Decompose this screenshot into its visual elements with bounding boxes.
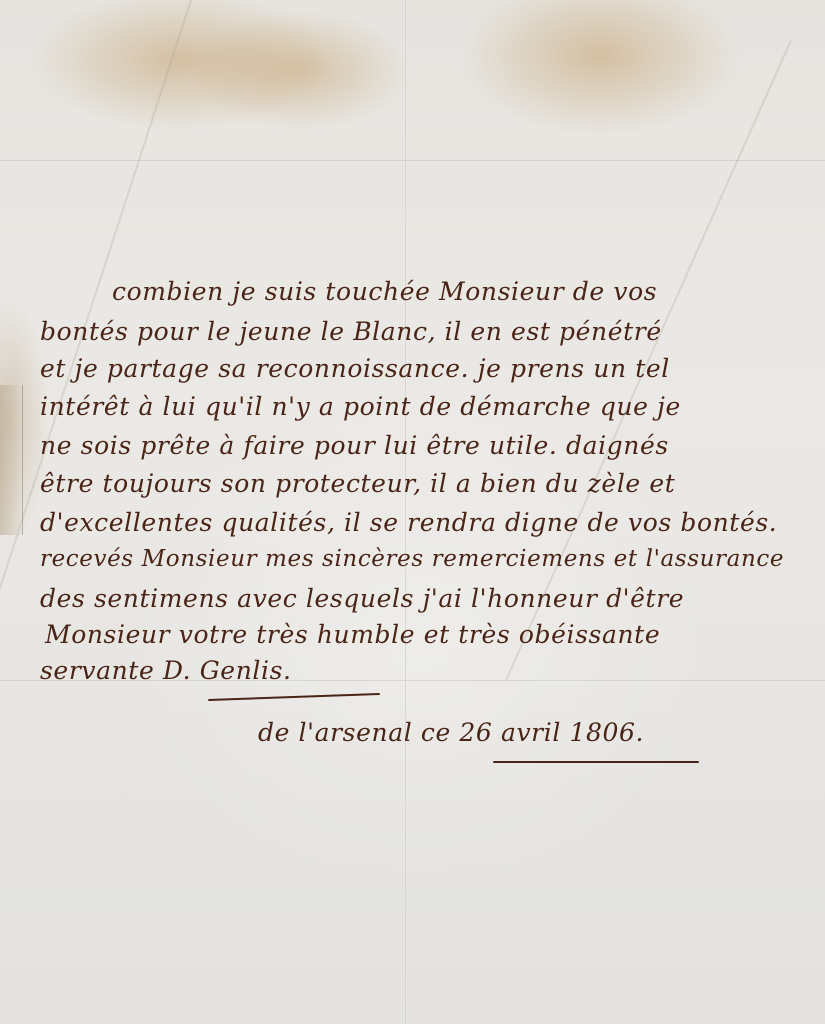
letter-line-11-signature: servante D. Genlis. [40, 656, 292, 685]
letter-line-6: être toujours son protecteur, il a bien … [40, 469, 675, 498]
dateline: de l'arsenal ce 26 avril 1806. [258, 718, 644, 747]
letter-line-2: bontés pour le jeune le Blanc, il en est… [40, 317, 662, 346]
letter-line-10: Monsieur votre très humble et très obéis… [45, 620, 660, 649]
letter-line-9: des sentimens avec lesquels j'ai l'honne… [40, 584, 684, 613]
letter-line-8: recevés Monsieur mes sincères remercieme… [40, 546, 784, 572]
letter-line-3: et je partage sa reconnoissance. je pren… [40, 354, 670, 383]
letter-line-5: ne sois prête à faire pour lui être util… [40, 431, 669, 460]
letter-line-1: combien je suis touchée Monsieur de vos [112, 277, 657, 306]
flourish-rule-upper [208, 693, 380, 701]
letter-body: combien je suis touchée Monsieur de vos … [0, 0, 825, 1024]
letter-line-7: d'excellentes qualités, il se rendra dig… [40, 508, 777, 537]
flourish-rule-lower [493, 761, 699, 763]
letter-line-4: intérêt à lui qu'il n'y a point de démar… [40, 392, 681, 421]
